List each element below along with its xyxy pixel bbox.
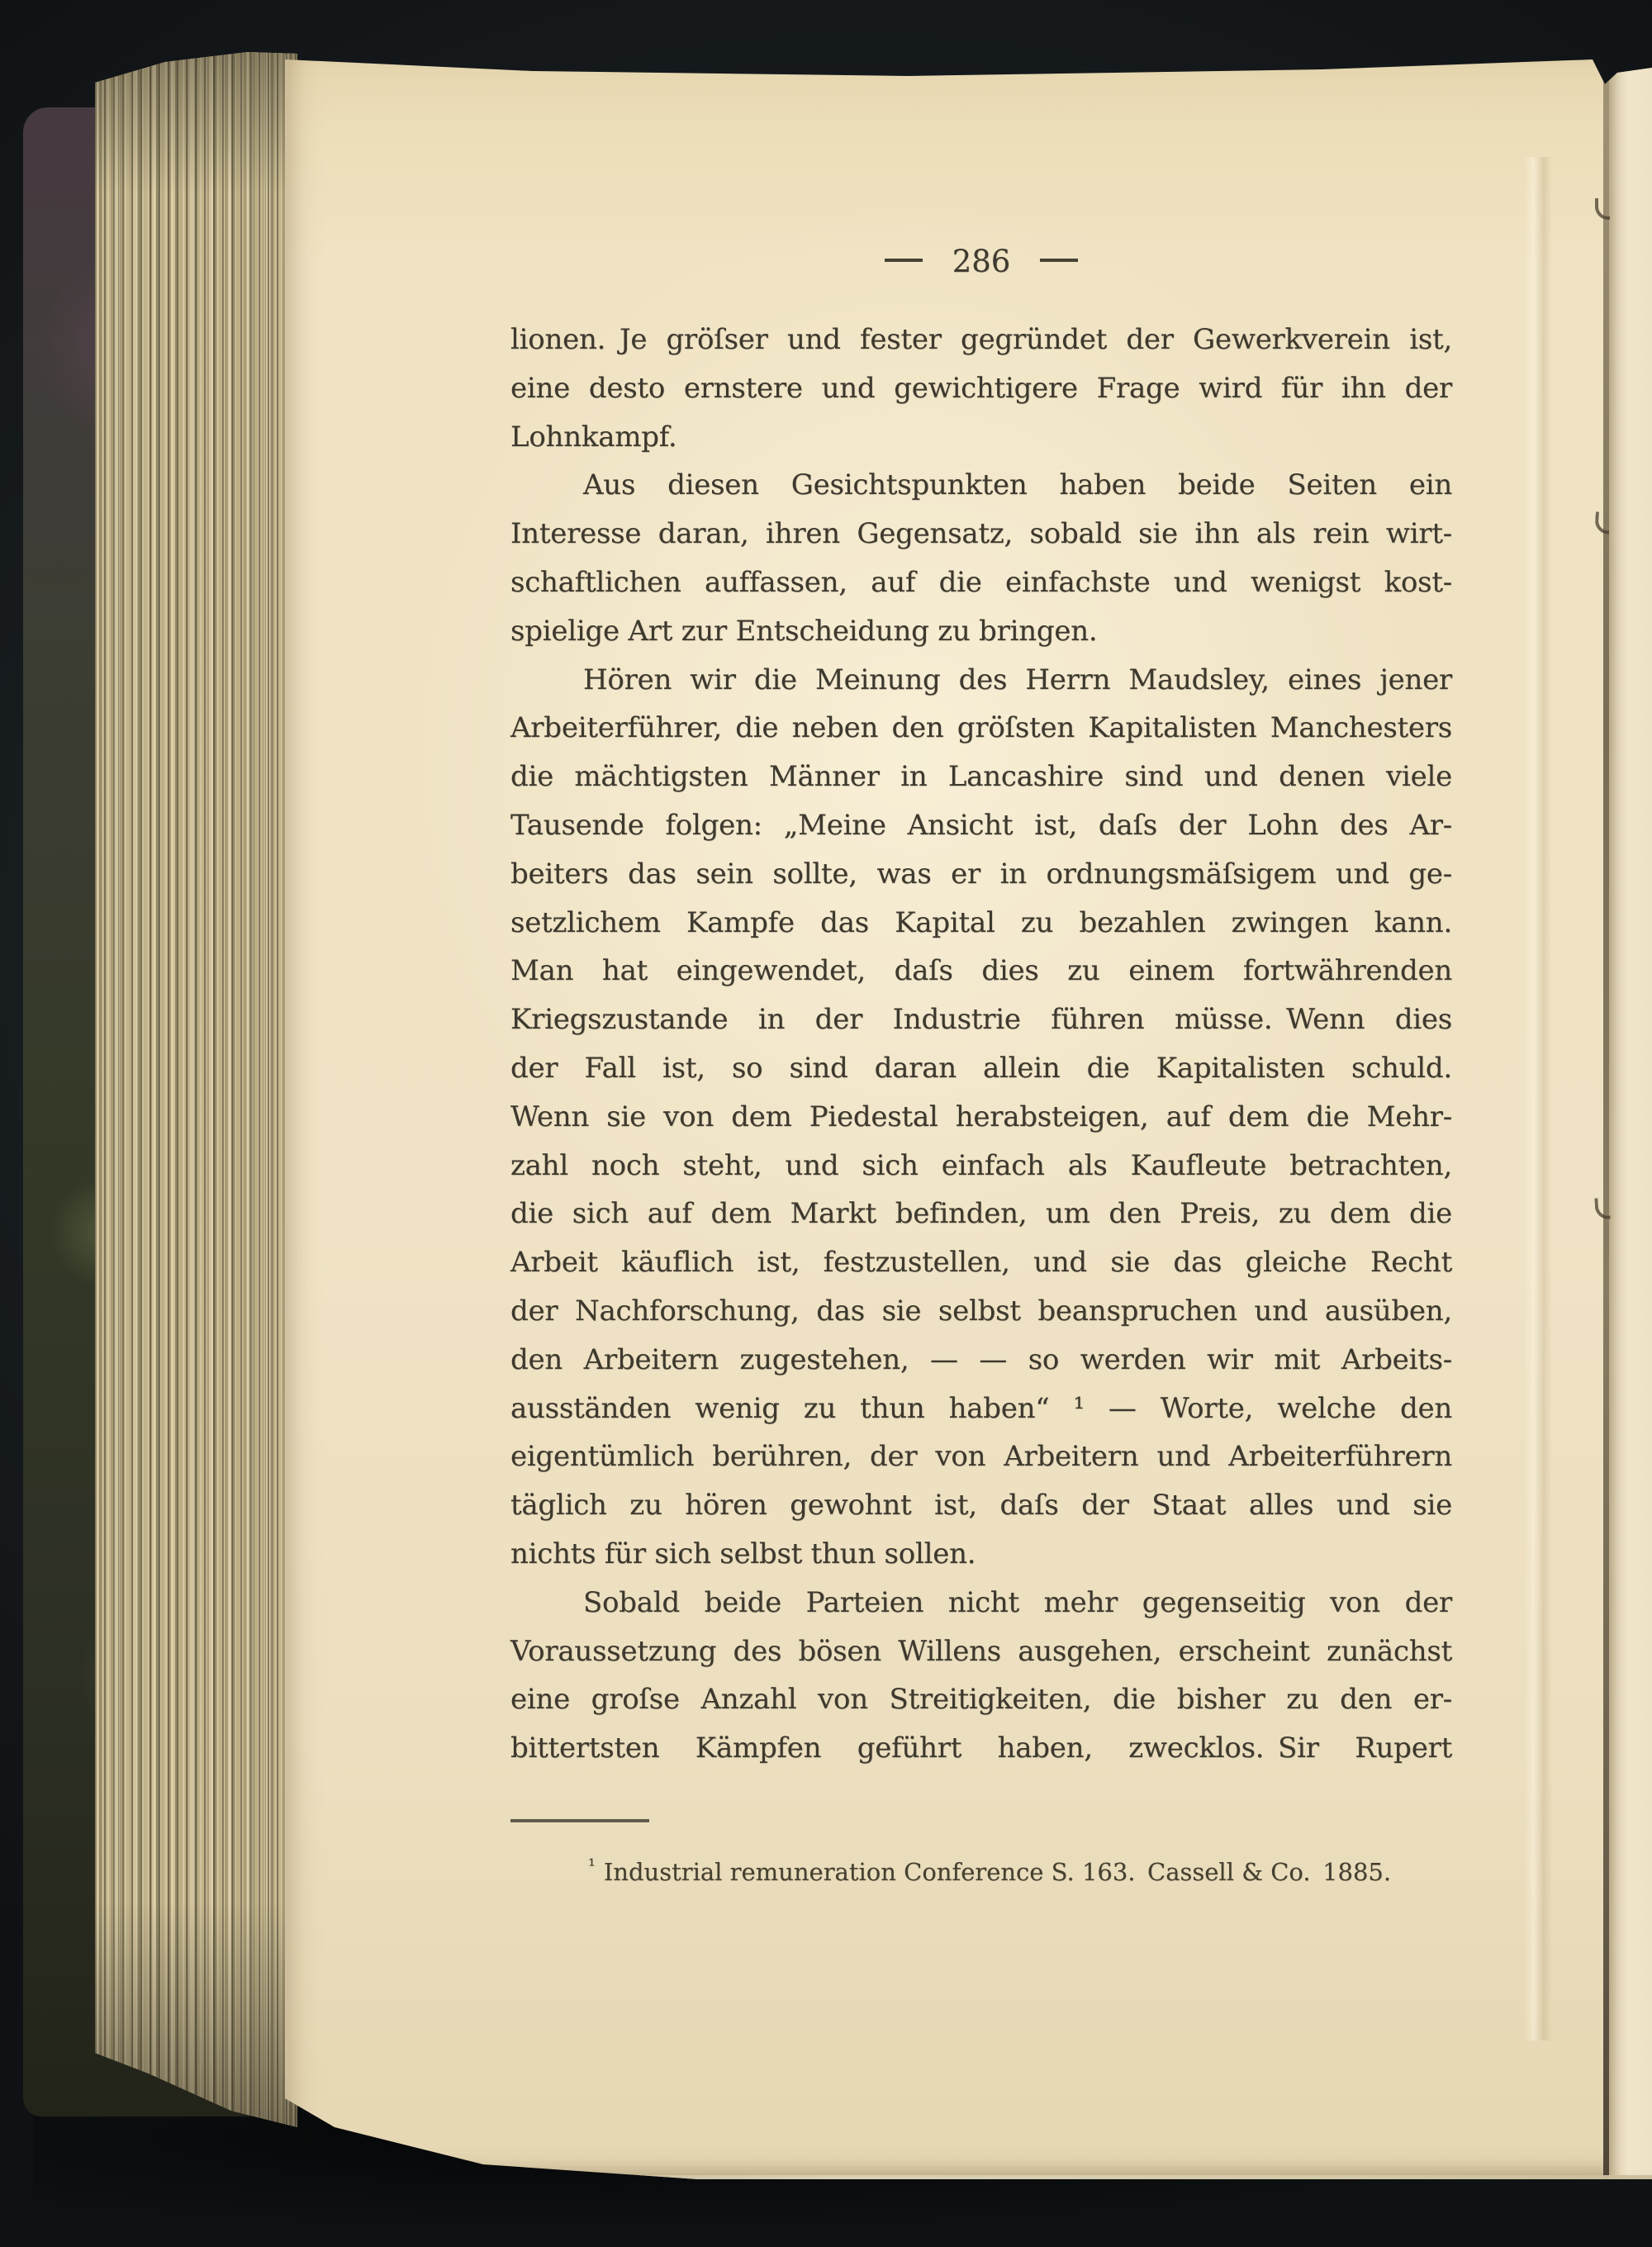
text-line: schaftlichen auffassen, auf die einfachs… [510,558,1452,607]
footnote-text: Industrial remuneration Conference S. 16… [604,1858,1391,1886]
text-line: Arbeiterführer, die neben den gröſsten K… [510,704,1452,753]
text-line: Hören wir die Meinung des Herrn Maudsley… [510,656,1452,705]
book-page: 286 lionen. Je gröſser und fester gegrün… [285,50,1652,2179]
text-line: zahl noch steht, und sich einfach als Ka… [510,1142,1452,1190]
header-dash-right [1040,259,1078,262]
text-line: Lohnkampf. [510,413,1452,462]
text-line: täglich zu hören gewohnt ist, daſs der S… [510,1481,1452,1530]
text-line: Aus diesen Gesichtspunkten haben beide S… [510,461,1452,510]
text-line: Interesse daran, ihren Gegensatz, sobald… [510,510,1452,558]
binding-mark [1594,511,1611,534]
text-line: eine desto ernstere und gewichtigere Fra… [510,364,1452,413]
text-line: beiters das sein sollte, was er in ordnu… [510,850,1452,899]
text-line: Arbeit käuflich ist, festzustellen, und … [510,1238,1452,1287]
text-line: bittertsten Kämpfen geführt haben, zweck… [510,1724,1452,1773]
text-line: nichts für sich selbst thun sollen. [510,1530,1452,1579]
text-line: lionen. Je gröſser und fester gegründet … [510,316,1452,364]
footnote-rule [510,1819,649,1822]
text-line: Wenn sie von dem Piedestal herabsteigen,… [510,1093,1452,1142]
text-line: eine groſse Anzahl von Streitigkeiten, d… [510,1675,1452,1724]
photo-background: 286 lionen. Je gröſser und fester gegrün… [0,0,1652,2247]
text-line: Voraussetzung des bösen Willens ausgehen… [510,1627,1452,1676]
text-line: spielige Art zur Entscheidung zu bringen… [510,607,1452,656]
binding-mark [1595,198,1610,220]
text-line: der Nachforschung, das sie selbst beansp… [510,1287,1452,1336]
text-line: den Arbeitern zugestehen, — — so werden … [510,1336,1452,1385]
page-header: 286 [510,243,1452,281]
text-line: Man hat eingewendet, daſs dies zu einem … [510,947,1452,995]
binding-mark [1594,1198,1610,1220]
text-line: ausständen wenig zu thun haben“ ¹ — Wort… [510,1385,1452,1433]
adjacent-page-strip [1609,50,1652,2179]
header-dash-left [885,259,923,262]
text-line: eigentümlich berühren, der von Arbeitern… [510,1432,1452,1481]
text-line: setzlichem Kampfe das Kapital zu bezahle… [510,899,1452,948]
text-line: der Fall ist, so sind daran allein die K… [510,1044,1452,1093]
text-line: Tausende folgen: „Meine Ansicht ist, daſ… [510,801,1452,850]
page-number: 286 [952,244,1011,279]
text-line: Kriegszustande in der Industrie führen m… [510,995,1452,1044]
body-text: lionen. Je gröſser und fester gegründet … [510,316,1452,1773]
footnote-marker: ¹ [588,1856,596,1877]
text-line: die sich auf dem Markt befinden, um den … [510,1190,1452,1238]
text-line: die mächtigsten Männer in Lancashire sin… [510,753,1452,801]
footnote: ¹Industrial remuneration Conference S. 1… [510,1850,1452,1888]
text-line: Sobald beide Parteien nicht mehr gegense… [510,1579,1452,1627]
gutter-binding-line [1603,50,1609,2179]
page-crease [1524,157,1552,2040]
